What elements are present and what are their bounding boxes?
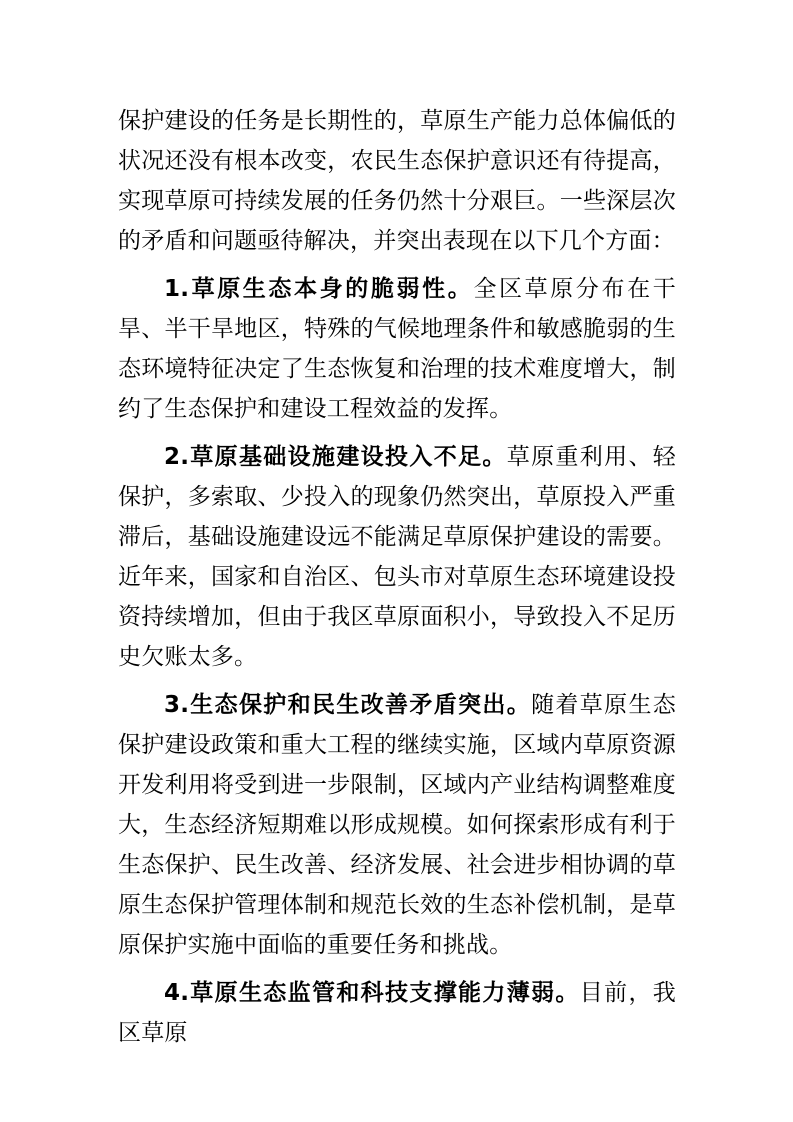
paragraph-text: 随着草原生态保护建设政策和重大工程的继续实施，区域内草原资源开发利用将受到进一步…: [118, 692, 676, 958]
paragraph: 4.草原生态监管和科技支撑能力薄弱。目前，我区草原: [118, 973, 676, 1053]
paragraph-heading: 1.草原生态本身的脆弱性。: [164, 276, 473, 302]
paragraph-text: 草原重利用、轻保护，多索取、少投入的现象仍然突出，草原投入严重滞后，基础设施建设…: [118, 444, 676, 670]
document-body: 保护建设的任务是长期性的，草原生产能力总体偏低的状况还没有根本改变，农民生态保护…: [118, 101, 676, 1061]
document-page: 保护建设的任务是长期性的，草原生产能力总体偏低的状况还没有根本改变，农民生态保护…: [0, 0, 793, 1122]
paragraph-text: 保护建设的任务是长期性的，草原生产能力总体偏低的状况还没有根本改变，农民生态保护…: [118, 108, 676, 254]
paragraph-heading: 2.草原基础设施建设投入不足。: [164, 444, 507, 470]
paragraph-heading: 4.草原生态监管和科技支撑能力薄弱。: [164, 980, 580, 1006]
paragraph: 2.草原基础设施建设投入不足。草原重利用、轻保护，多索取、少投入的现象仍然突出，…: [118, 437, 676, 677]
paragraph-heading: 3.生态保护和民生改善矛盾突出。: [164, 692, 531, 718]
paragraph: 3.生态保护和民生改善矛盾突出。随着草原生态保护建设政策和重大工程的继续实施，区…: [118, 685, 676, 965]
paragraph: 保护建设的任务是长期性的，草原生产能力总体偏低的状况还没有根本改变，农民生态保护…: [118, 101, 676, 261]
paragraph: 1.草原生态本身的脆弱性。全区草原分布在干旱、半干旱地区，特殊的气候地理条件和敏…: [118, 269, 676, 429]
